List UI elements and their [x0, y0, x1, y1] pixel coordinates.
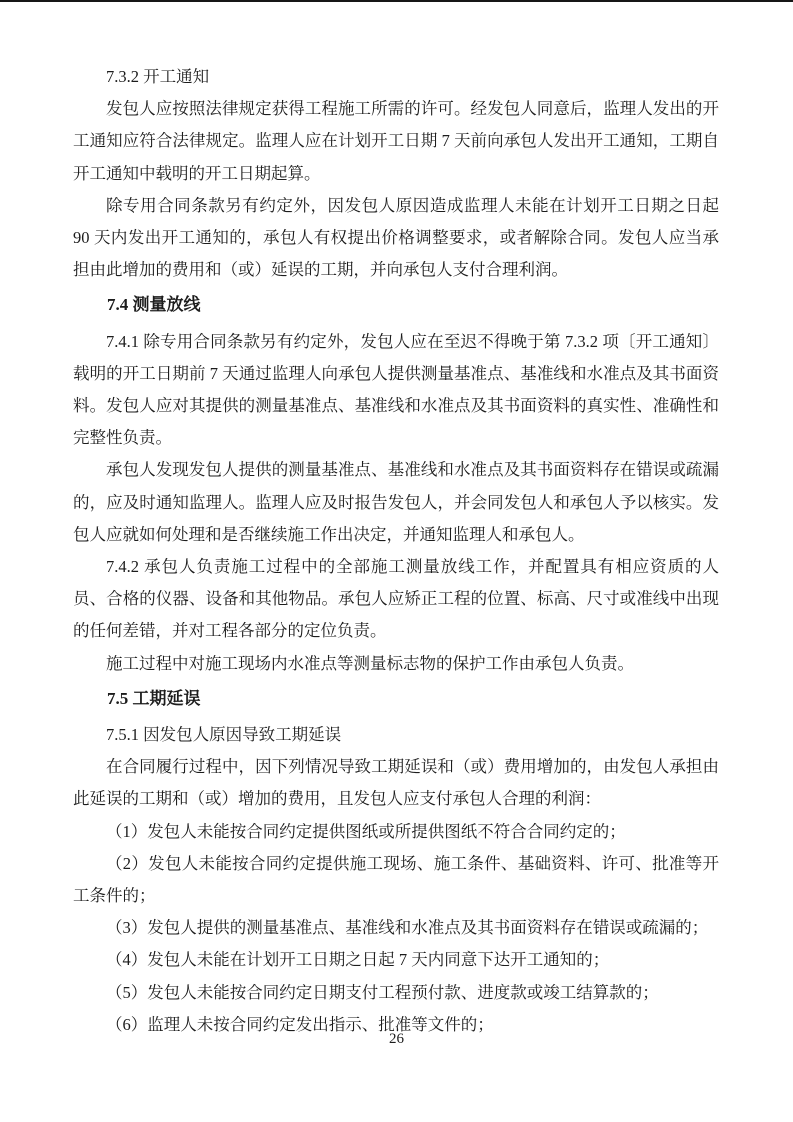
list-item-3: （3）发包人提供的测量基准点、基准线和水准点及其书面资料存在错误或疏漏的； [73, 912, 719, 944]
clause-7-3-2-paragraph-2: 除专用合同条款另有约定外，因发包人原因造成监理人未能在计划开工日期之日起 90 … [73, 190, 719, 287]
list-item-5: （5）发包人未能按合同约定日期支付工程预付款、进度款或竣工结算款的； [73, 977, 719, 1009]
clause-7-3-2-heading: 7.3.2 开工通知 [73, 61, 719, 93]
section-7-5-heading: 7.5 工期延误 [73, 683, 719, 715]
clause-7-4-2-paragraph-2: 施工过程中对施工现场内水准点等测量标志物的保护工作由承包人负责。 [73, 648, 719, 680]
document-page: 7.3.2 开工通知 发包人应按照法律规定获得工程施工所需的许可。经发包人同意后… [0, 0, 793, 1122]
clause-7-4-1-paragraph: 7.4.1 除专用合同条款另有约定外，发包人应在至迟不得晚于第 7.3.2 项〔… [73, 326, 719, 455]
list-item-2: （2）发包人未能按合同约定提供施工现场、施工条件、基础资料、许可、批准等开工条件… [73, 848, 719, 912]
page-top-edge-line [0, 0, 793, 2]
clause-7-4-2-paragraph: 7.4.2 承包人负责施工过程中的全部施工测量放线工作，并配置具有相应资质的人员… [73, 551, 719, 648]
clause-7-5-1-heading: 7.5.1 因发包人原因导致工期延误 [73, 719, 719, 751]
clause-7-5-1-intro-paragraph: 在合同履行过程中，因下列情况导致工期延误和（或）费用增加的，由发包人承担由此延误… [73, 751, 719, 815]
section-7-4-heading: 7.4 测量放线 [73, 289, 719, 321]
clause-7-4-1-paragraph-2: 承包人发现发包人提供的测量基准点、基准线和水准点及其书面资料存在错误或疏漏的，应… [73, 454, 719, 551]
page-number: 26 [0, 1028, 793, 1050]
document-body: 7.3.2 开工通知 发包人应按照法律规定获得工程施工所需的许可。经发包人同意后… [73, 61, 719, 1041]
list-item-1: （1）发包人未能按合同约定提供图纸或所提供图纸不符合合同约定的； [73, 816, 719, 848]
list-item-4: （4）发包人未能在计划开工日期之日起 7 天内同意下达开工通知的； [73, 944, 719, 976]
clause-7-3-2-paragraph-1: 发包人应按照法律规定获得工程施工所需的许可。经发包人同意后，监理人发出的开工通知… [73, 93, 719, 190]
